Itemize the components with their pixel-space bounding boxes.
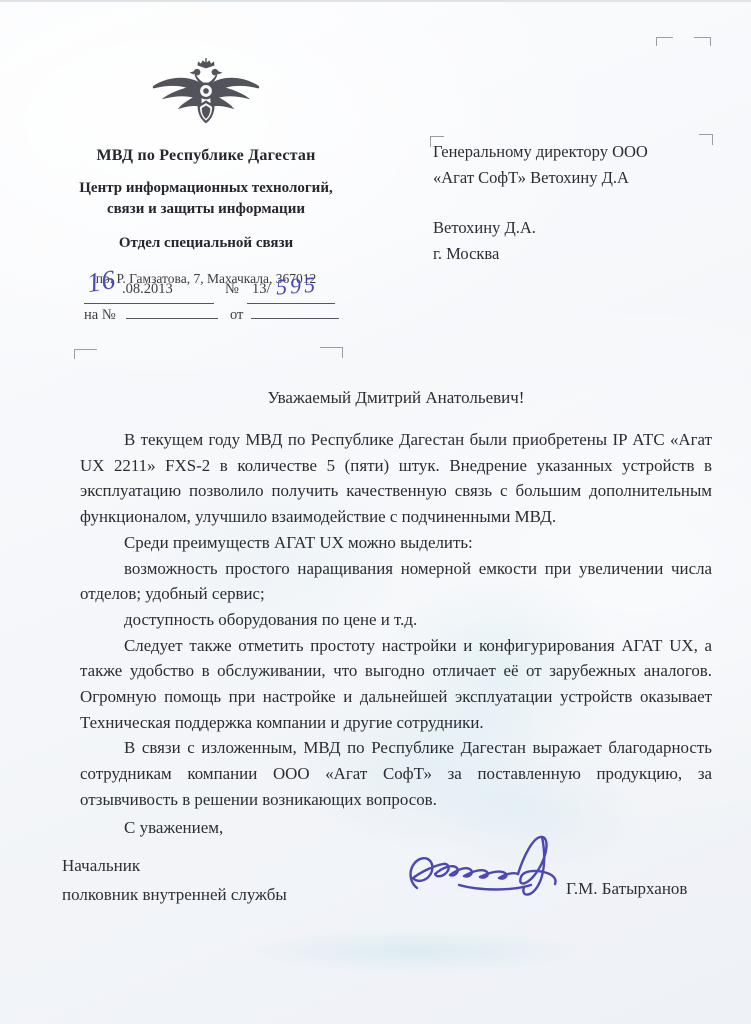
signer-title-block: Начальник полковник внутренней службы xyxy=(62,852,287,909)
date-underline xyxy=(84,303,214,304)
reply-ot-underline xyxy=(251,318,339,319)
paragraph: возможность простого наращивания номерно… xyxy=(80,556,712,607)
regards-line: С уважением, xyxy=(124,818,223,838)
ink-smudge xyxy=(250,930,580,972)
signer-title: полковник внутренней службы xyxy=(62,881,287,910)
crop-mark-icon xyxy=(656,37,673,46)
paragraph: доступность оборудования по цене и т.д. xyxy=(80,607,712,633)
signer-name: Г.М. Батырханов xyxy=(566,879,687,899)
letter-body: В текущем году МВД по Республике Дагеста… xyxy=(80,427,712,813)
handwritten-signature-icon xyxy=(403,828,585,912)
org-department: Центр информационных технологий, связи и… xyxy=(56,178,356,220)
paragraph: Следует также отметить простоту настройк… xyxy=(80,633,712,736)
number-prefix: 13/ xyxy=(252,281,271,298)
letterhead: МВД по Республике Дагестан Центр информа… xyxy=(56,58,356,287)
org-name: МВД по Республике Дагестан xyxy=(56,147,356,165)
recipient-line: г. Москва xyxy=(433,241,713,267)
recipient-gap xyxy=(433,190,713,215)
reference-block: 16 .08.2013 № 13/ 595 на № от xyxy=(84,274,354,334)
handwritten-number: 595 xyxy=(275,272,319,301)
number-sign: № xyxy=(225,281,239,298)
recipient-line: «Агат СофТ» Ветохину Д.А xyxy=(433,165,713,191)
recipient-line: Генеральному директору ООО xyxy=(433,139,713,165)
salutation: Уважаемый Дмитрий Анатольевич! xyxy=(80,388,712,408)
scanned-letter-page: МВД по Республике Дагестан Центр информа… xyxy=(0,0,751,1024)
reply-na-underline xyxy=(126,318,218,319)
crop-mark-icon xyxy=(694,37,711,46)
reply-ot-label: от xyxy=(230,307,243,324)
number-underline xyxy=(247,303,335,304)
paragraph: Среди преимуществ АГАТ UX можно выделить… xyxy=(80,530,712,556)
crop-mark-icon xyxy=(320,347,343,358)
paragraph: В текущем году МВД по Республике Дагеста… xyxy=(80,427,712,530)
recipient-line: Ветохину Д.А. xyxy=(433,215,713,241)
reply-na-label: на № xyxy=(84,307,116,324)
signer-title: Начальник xyxy=(62,852,287,881)
org-division: Отдел специальной связи xyxy=(56,235,356,252)
printed-date: .08.2013 xyxy=(122,281,173,298)
mvd-eagle-emblem-icon xyxy=(149,58,263,138)
recipient-block: Генеральному директору ООО «Агат СофТ» В… xyxy=(433,139,713,266)
handwritten-day: 16 xyxy=(85,264,118,299)
scan-edge xyxy=(0,0,751,2)
paragraph: В связи с изложенным, МВД по Республике … xyxy=(80,735,712,812)
crop-mark-icon xyxy=(74,349,97,359)
